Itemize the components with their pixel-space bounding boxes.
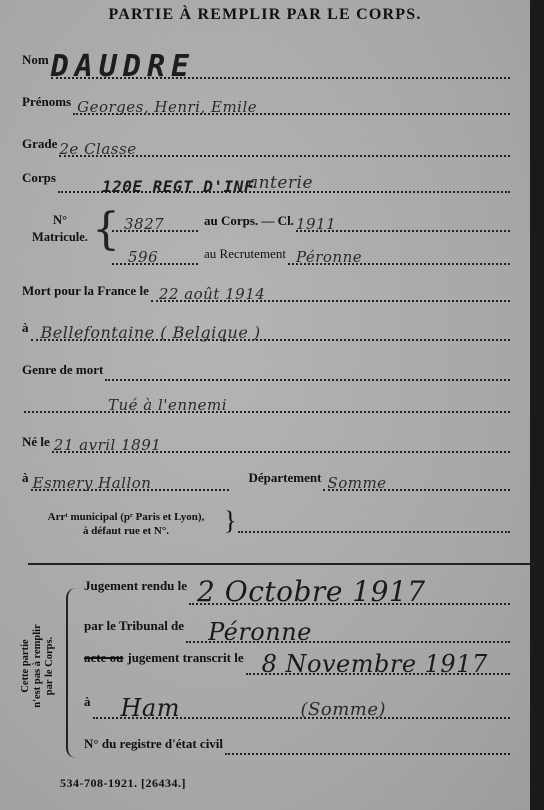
registre-row: N° du registre d'état civil: [84, 736, 510, 758]
corps-hand-value: anterie: [248, 173, 313, 193]
genre-mort-value-row: Tué à l'ennemi: [22, 394, 510, 416]
jugement-rendu-row: Jugement rendu le 2 Octobre 1917: [84, 578, 510, 608]
prenoms-value: Georges, Henri, Emile: [77, 98, 257, 116]
dotted-line: [238, 531, 510, 533]
matricule-recrutement-number: 596: [128, 248, 158, 266]
grade-label: Grade: [22, 136, 57, 152]
dotted-line: [105, 379, 510, 381]
au-recrutement-label: au Recrutement: [204, 246, 286, 262]
corps-row: Corps 120E REGT D'INF anterie: [22, 170, 510, 196]
departement-label: Département: [249, 470, 322, 486]
recrutement-value: Péronne: [296, 248, 362, 266]
lieu-naissance-value: Esmery Hallon: [33, 474, 152, 492]
transcrit-lieu-dept: (Somme): [301, 699, 387, 720]
arrondissement-label: Arrᵗ municipal (pʳ Paris et Lyon), à déf…: [26, 510, 226, 538]
transcrit-row: acte ou jugement transcrit le 8 Novembre…: [84, 650, 510, 678]
mort-label: Mort pour la France le: [22, 283, 149, 299]
struck-text: acte ou: [84, 650, 123, 666]
tribunal-value: Péronne: [208, 618, 312, 646]
departement-value: Somme: [327, 474, 386, 492]
jugement-rendu-value: 2 Octobre 1917: [197, 575, 426, 608]
classe-value: 1911: [296, 215, 336, 233]
nom-value: DAUDRE: [51, 49, 195, 84]
grade-row: Grade 2e Classe: [22, 136, 510, 160]
ne-label: Né le: [22, 434, 50, 450]
matricule-label: N° Matricule.: [20, 210, 100, 244]
corps-label: Corps: [22, 170, 56, 186]
genre-mort-value: Tué à l'ennemi: [108, 396, 227, 414]
genre-mort-row: Genre de mort: [22, 362, 510, 384]
section-divider: [28, 563, 534, 565]
dotted-line: [225, 753, 510, 755]
mort-value: 22 août 1914: [159, 285, 265, 303]
transcrit-lieu-row: à Ham (Somme): [84, 694, 510, 722]
matricule-corps-row: 3827 au Corps. — Cl. 1911: [110, 213, 510, 235]
jugement-rendu-label: Jugement rendu le: [84, 578, 187, 594]
registre-label: N° du registre d'état civil: [84, 736, 223, 752]
dotted-line: [24, 411, 510, 413]
side-note: Cette partie n'est pas à remplir par le …: [20, 624, 56, 708]
corps-stamp-value: 120E REGT D'INF: [102, 177, 254, 196]
nom-label: Nom: [22, 52, 49, 68]
page-title: PARTIE À REMPLIR PAR LE CORPS.: [0, 6, 530, 24]
tribunal-label: par le Tribunal de: [84, 618, 184, 634]
prenoms-label: Prénoms: [22, 94, 71, 110]
prenoms-row: Prénoms Georges, Henri, Emile: [22, 94, 510, 118]
scan-edge: [530, 0, 544, 810]
grade-value: 2e Classe: [59, 140, 136, 158]
matricule-corps-number: 3827: [124, 215, 164, 233]
genre-mort-label: Genre de mort: [22, 362, 103, 378]
lieu-mort-value: Bellefontaine ( Belgique ): [41, 323, 261, 342]
print-reference: 534-708-1921. [26434.]: [60, 776, 186, 791]
tribunal-row: par le Tribunal de Péronne: [84, 618, 510, 646]
ne-row: Né le 21 avril 1891: [22, 434, 510, 456]
transcrit-label: jugement transcrit le: [127, 650, 243, 666]
brace-icon: [66, 588, 76, 758]
lieu-naissance-row: à Esmery Hallon Département Somme: [22, 470, 510, 494]
matricule-recrutement-row: 596 au Recrutement Péronne: [110, 246, 510, 268]
arrondissement-row: [236, 516, 510, 536]
brace-icon: }: [224, 508, 236, 534]
mort-row: Mort pour la France le 22 août 1914: [22, 283, 510, 305]
ne-value: 21 avril 1891: [54, 436, 161, 454]
au-corps-label: au Corps. — Cl.: [204, 213, 294, 229]
lieu-mort-row: à Bellefontaine ( Belgique ): [22, 320, 510, 344]
nom-row: Nom DAUDRE: [22, 52, 510, 82]
transcrit-lieu-value: Ham: [121, 694, 181, 722]
transcrit-value: 8 Novembre 1917: [262, 650, 488, 678]
